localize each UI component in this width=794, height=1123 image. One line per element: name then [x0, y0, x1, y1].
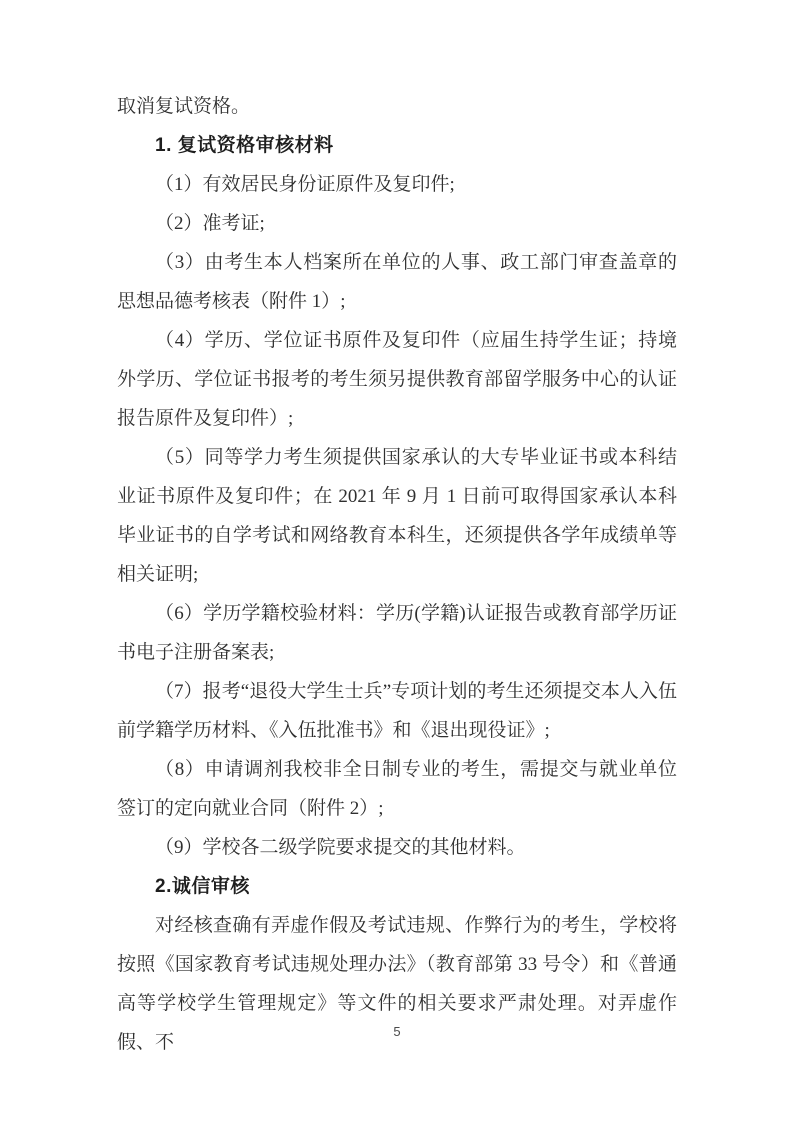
page-footer: 5: [0, 1024, 794, 1040]
paragraph: （1）有效居民身份证原件及复印件;: [117, 165, 677, 204]
paragraph: （5）同等学力考生须提供国家承认的大专毕业证书或本科结业证书原件及复印件；在 2…: [117, 438, 677, 594]
paragraph: 取消复试资格。: [117, 87, 677, 126]
paragraph: （8）申请调剂我校非全日制专业的考生，需提交与就业单位签订的定向就业合同（附件 …: [117, 750, 677, 828]
page-number: 5: [393, 1024, 400, 1039]
paragraph: （3）由考生本人档案所在单位的人事、政工部门审查盖章的思想品德考核表（附件 1）…: [117, 243, 677, 321]
section-heading: 2.诚信审核: [117, 867, 677, 906]
paragraph: （9）学校各二级学院要求提交的其他材料。: [117, 828, 677, 867]
paragraph: （7）报考“退役大学生士兵”专项计划的考生还须提交本人入伍前学籍学历材料、《入伍…: [117, 672, 677, 750]
document-page: 取消复试资格。1. 复试资格审核材料（1）有效居民身份证原件及复印件;（2）准考…: [0, 0, 794, 1123]
paragraph: （6）学历学籍校验材料：学历(学籍)认证报告或教育部学历证书电子注册备案表;: [117, 594, 677, 672]
paragraph: （4）学历、学位证书原件及复印件（应届生持学生证；持境外学历、学位证书报考的考生…: [117, 321, 677, 438]
section-heading: 1. 复试资格审核材料: [117, 126, 677, 165]
paragraph: （2）准考证;: [117, 204, 677, 243]
document-body: 取消复试资格。1. 复试资格审核材料（1）有效居民身份证原件及复印件;（2）准考…: [117, 87, 677, 1062]
